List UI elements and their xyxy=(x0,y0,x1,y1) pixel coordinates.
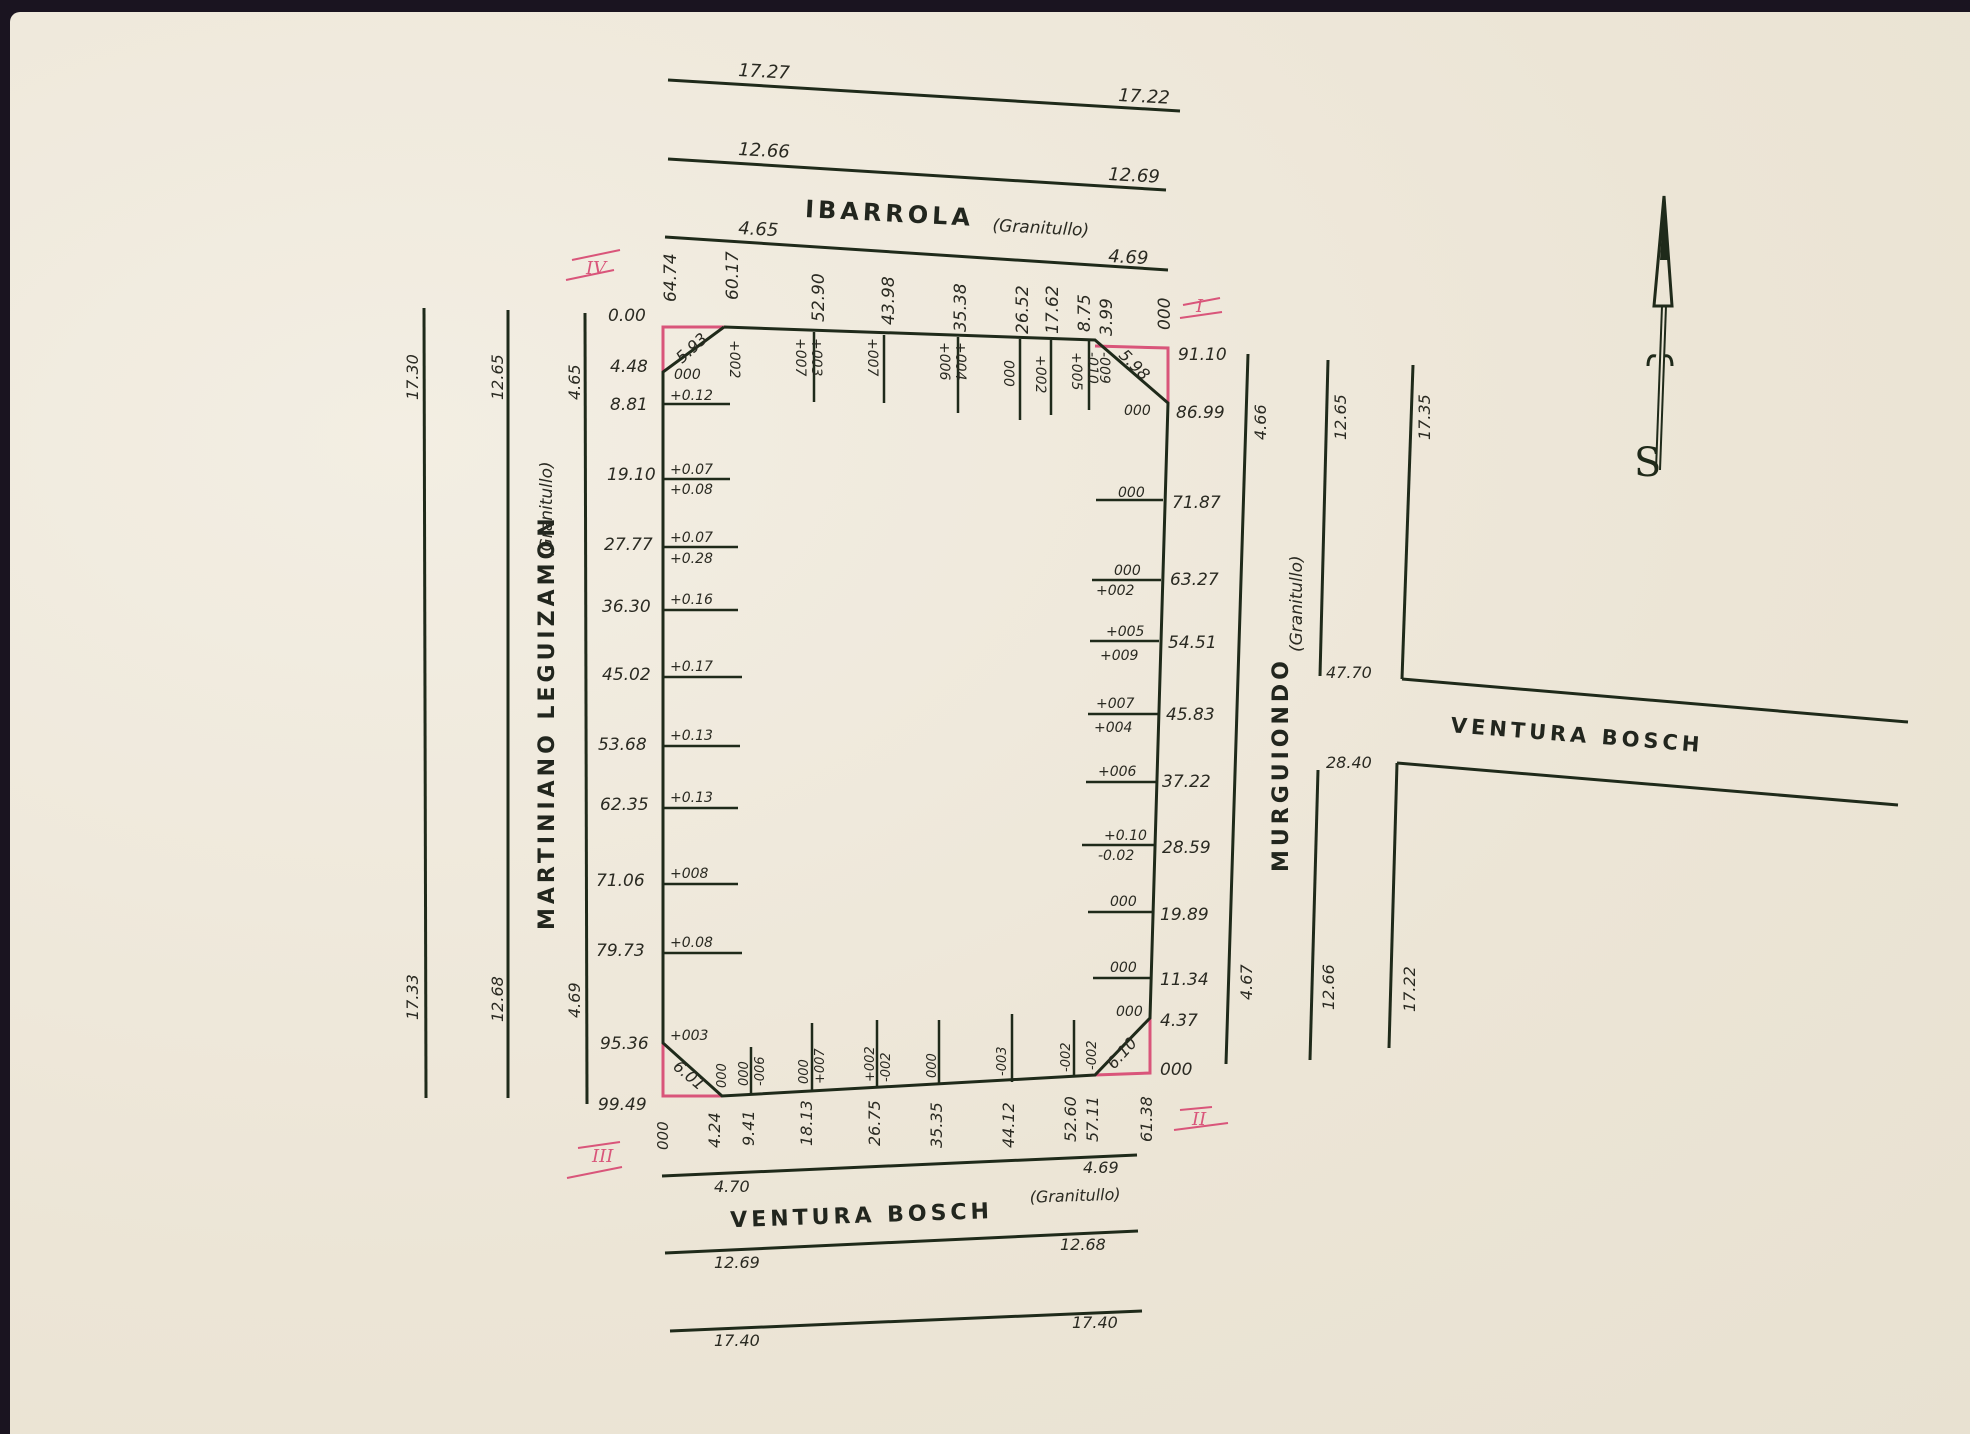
offset-label: 4.65 xyxy=(565,364,584,400)
chainage-label: 44.12 xyxy=(999,1102,1018,1148)
offset-label: 4.66 xyxy=(1251,404,1270,440)
level-label: +007 xyxy=(864,338,880,377)
chainage-label: 8.81 xyxy=(610,395,648,415)
chamfer-label: 6.01 xyxy=(669,1057,709,1094)
chainage-label: 71.06 xyxy=(596,871,645,891)
offset-label: 17.40 xyxy=(1072,1313,1118,1332)
street-label: MURGUIONDO xyxy=(1269,657,1294,872)
chainage-label: 60.17 xyxy=(723,251,743,300)
level-label: -002 xyxy=(879,1052,894,1082)
level-label: +0.12 xyxy=(670,388,713,404)
level-label: +004 xyxy=(1094,720,1132,736)
level-label: 000 xyxy=(1110,894,1137,910)
chainage-label: 91.10 xyxy=(1178,345,1227,365)
chainage-label: 4.24 xyxy=(705,1112,724,1148)
survey-plan: 17.27 17.22 12.66 12.69 4.65 4.69 IBARRO… xyxy=(0,0,1970,1434)
level-label: 000 xyxy=(797,1059,812,1084)
level-label: +002 xyxy=(1096,583,1135,599)
corner-label-ii: II xyxy=(1191,1109,1207,1130)
street-label: IBARROLA xyxy=(804,195,974,232)
level-label: +003 xyxy=(670,1028,708,1044)
level-label: +0.08 xyxy=(670,935,713,951)
chainage-label: 8.75 xyxy=(1075,294,1095,332)
chainage-label: 53.68 xyxy=(598,735,647,755)
chamfer-label: 5.98 xyxy=(1115,345,1154,384)
chainage-label: 000 xyxy=(654,1121,672,1150)
offset-label: 12.66 xyxy=(1319,964,1338,1010)
offset-label: 17.27 xyxy=(738,60,791,84)
offset-label: 12.66 xyxy=(738,139,791,163)
offset-label: 12.68 xyxy=(488,976,507,1022)
east-side-measurements: 91.10 86.99 71.87 63.27 54.51 45.83 37.2… xyxy=(1082,345,1227,1080)
street-label: VENTURA BOSCH xyxy=(1450,713,1704,757)
west-side-measurements: 0.00 4.48 8.81 19.10 27.77 36.30 45.02 5… xyxy=(596,306,742,1115)
level-label: +0.10 xyxy=(1104,828,1147,844)
chainage-label: 61.38 xyxy=(1137,1096,1156,1142)
chainage-label: 19.89 xyxy=(1160,905,1209,925)
level-label: 000 xyxy=(1110,960,1137,976)
offset-label: 17.40 xyxy=(714,1331,760,1350)
chainage-label: 71.87 xyxy=(1172,493,1221,513)
pavement-label: (Granitullo) xyxy=(1287,555,1307,652)
chainage-label: 43.98 xyxy=(879,276,899,325)
level-label: 000 xyxy=(1124,403,1151,419)
corner-label-iii: III xyxy=(591,1146,614,1167)
offset-label: 12.69 xyxy=(1108,164,1161,188)
chainage-label: 63.27 xyxy=(1170,570,1219,590)
level-label: 000 xyxy=(674,367,701,383)
level-label: +0.08 xyxy=(670,482,713,498)
chainage-label: 79.73 xyxy=(596,941,645,961)
level-label: +005 xyxy=(1068,352,1084,391)
chainage-label: 9.41 xyxy=(739,1110,758,1146)
level-label: -0.02 xyxy=(1098,848,1134,864)
level-label: +008 xyxy=(670,866,709,882)
pavement-label: (Granitullo) xyxy=(992,216,1090,241)
level-label: +0.16 xyxy=(670,592,713,608)
street-name-martiniano-leguizamon: MARTINIANO LEGUIZAMON (Granitullo) xyxy=(535,461,560,930)
level-label: +005 xyxy=(1106,624,1145,640)
offset-label: 47.70 xyxy=(1326,663,1372,682)
level-label: +009 xyxy=(1100,648,1139,664)
chainage-label: 17.62 xyxy=(1043,285,1063,334)
chainage-label: 35.38 xyxy=(951,283,971,332)
chainage-label: 57.11 xyxy=(1083,1096,1102,1142)
chainage-label: 28.59 xyxy=(1162,838,1211,858)
chainage-label: 95.36 xyxy=(600,1034,649,1054)
chainage-label: 0.00 xyxy=(608,306,646,326)
level-label: 000 xyxy=(1000,360,1016,387)
street-name-murguiondo: MURGUIONDO (Granitullo) xyxy=(1269,555,1307,872)
level-label: +0.07 xyxy=(670,530,713,546)
offset-label: 17.22 xyxy=(1400,966,1419,1012)
offset-label: 12.69 xyxy=(714,1253,760,1272)
chainage-label: 52.60 xyxy=(1061,1096,1080,1142)
level-label: +0.13 xyxy=(670,728,713,744)
offset-label: 17.33 xyxy=(403,974,422,1020)
block-outline: 5.93 5.98 6.01 6.10 xyxy=(663,327,1168,1096)
offset-label: 4.69 xyxy=(1083,1158,1119,1177)
east-offset-lines: 4.66 4.67 12.65 12.66 17.35 17.22 47.70 … xyxy=(1226,354,1908,1064)
chainage-label: 36.30 xyxy=(602,597,651,617)
chamfer-label: 6.10 xyxy=(1103,1033,1141,1072)
pavement-label: (Granitullo) xyxy=(537,461,557,558)
level-label: -006 xyxy=(753,1056,768,1086)
level-label: -009 xyxy=(1096,352,1112,384)
street-name-ventura-bosch-south: VENTURA BOSCH (Granitullo) xyxy=(729,1185,1121,1234)
level-label: +006 xyxy=(936,342,952,381)
street-name-ventura-bosch-east: VENTURA BOSCH xyxy=(1450,713,1704,757)
corner-label-iv: IV xyxy=(585,258,608,279)
offset-label: 12.68 xyxy=(1060,1235,1106,1254)
offset-label: 17.22 xyxy=(1118,85,1171,109)
south-offset-lines: 4.70 4.69 12.69 12.68 17.40 17.40 xyxy=(662,1155,1142,1350)
chainage-label: 3.99 xyxy=(1097,298,1117,336)
level-label: +002 xyxy=(863,1046,878,1082)
chainage-label: 99.49 xyxy=(598,1095,647,1115)
offset-label: 4.67 xyxy=(1237,964,1256,1000)
offset-label: 4.65 xyxy=(738,218,779,241)
chainage-label: 27.77 xyxy=(604,535,653,555)
level-label: -003 xyxy=(995,1046,1010,1076)
chainage-label: 52.90 xyxy=(809,273,829,322)
chainage-label: 37.22 xyxy=(1162,772,1211,792)
level-label: +002 xyxy=(726,340,742,379)
north-arrow-icon: S xyxy=(1634,196,1672,486)
chainage-label: 54.51 xyxy=(1168,633,1217,653)
chainage-label: 4.37 xyxy=(1160,1011,1198,1031)
chainage-label: 4.48 xyxy=(610,357,648,377)
offset-label: 12.65 xyxy=(1331,394,1350,440)
level-label: +0.07 xyxy=(670,462,713,478)
level-label: +007 xyxy=(813,1048,828,1084)
chainage-label: 19.10 xyxy=(607,465,656,485)
level-label: +006 xyxy=(1098,764,1137,780)
chainage-label: 000 xyxy=(1160,1060,1192,1080)
chainage-label: 62.35 xyxy=(600,795,649,815)
south-side-measurements: 000 4.24 9.41 18.13 26.75 35.35 44.12 52… xyxy=(654,1014,1156,1150)
level-label: +0.28 xyxy=(670,551,713,567)
level-label: +007 xyxy=(1096,696,1135,712)
level-label: 000 xyxy=(1116,1004,1143,1020)
chainage-label: 26.52 xyxy=(1013,285,1033,334)
level-label: 000 xyxy=(737,1061,752,1086)
chainage-label: 64.74 xyxy=(661,253,681,302)
level-label: +002 xyxy=(1032,355,1048,394)
north-arrow-letter: S xyxy=(1634,440,1661,486)
corner-label-i: I xyxy=(1195,296,1204,317)
pavement-label: (Granitullo) xyxy=(1029,1185,1121,1207)
level-label: 000 xyxy=(1114,563,1141,579)
level-label: +003 xyxy=(808,338,824,376)
offset-label: 28.40 xyxy=(1326,753,1372,772)
level-label: 000 xyxy=(715,1063,730,1088)
level-label: -002 xyxy=(1085,1040,1100,1070)
level-label: -002 xyxy=(1059,1042,1074,1072)
chainage-label: 000 xyxy=(1155,298,1175,330)
offset-label: 4.69 xyxy=(565,982,584,1018)
level-label: +007 xyxy=(792,338,808,377)
offset-label: 4.69 xyxy=(1108,246,1149,269)
chainage-label: 86.99 xyxy=(1176,403,1225,423)
level-label: +0.17 xyxy=(670,659,713,675)
street-name-ibarrola: IBARROLA (Granitullo) xyxy=(804,195,1090,241)
level-label: 000 xyxy=(1118,485,1145,501)
north-side-measurements: 64.74 60.17 52.90 43.98 35.38 26.52 17.6… xyxy=(661,251,1175,420)
street-label: MARTINIANO LEGUIZAMON xyxy=(535,514,560,930)
offset-label: 17.35 xyxy=(1415,394,1434,440)
chainage-label: 35.35 xyxy=(927,1102,946,1148)
chainage-label: 26.75 xyxy=(865,1100,884,1146)
chainage-label: 18.13 xyxy=(797,1100,816,1146)
offset-label: 12.65 xyxy=(488,354,507,400)
offset-label: 4.70 xyxy=(714,1177,750,1196)
street-label: VENTURA BOSCH xyxy=(730,1199,994,1233)
chainage-label: 45.83 xyxy=(1166,705,1215,725)
north-offset-lines: 17.27 17.22 12.66 12.69 4.65 4.69 xyxy=(665,60,1180,270)
chainage-label: 11.34 xyxy=(1160,970,1209,990)
offset-label: 17.30 xyxy=(403,354,422,400)
level-label: +004 xyxy=(952,342,968,380)
level-label: 000 xyxy=(925,1053,940,1078)
chainage-label: 45.02 xyxy=(602,665,651,685)
level-label: +0.13 xyxy=(670,790,713,806)
